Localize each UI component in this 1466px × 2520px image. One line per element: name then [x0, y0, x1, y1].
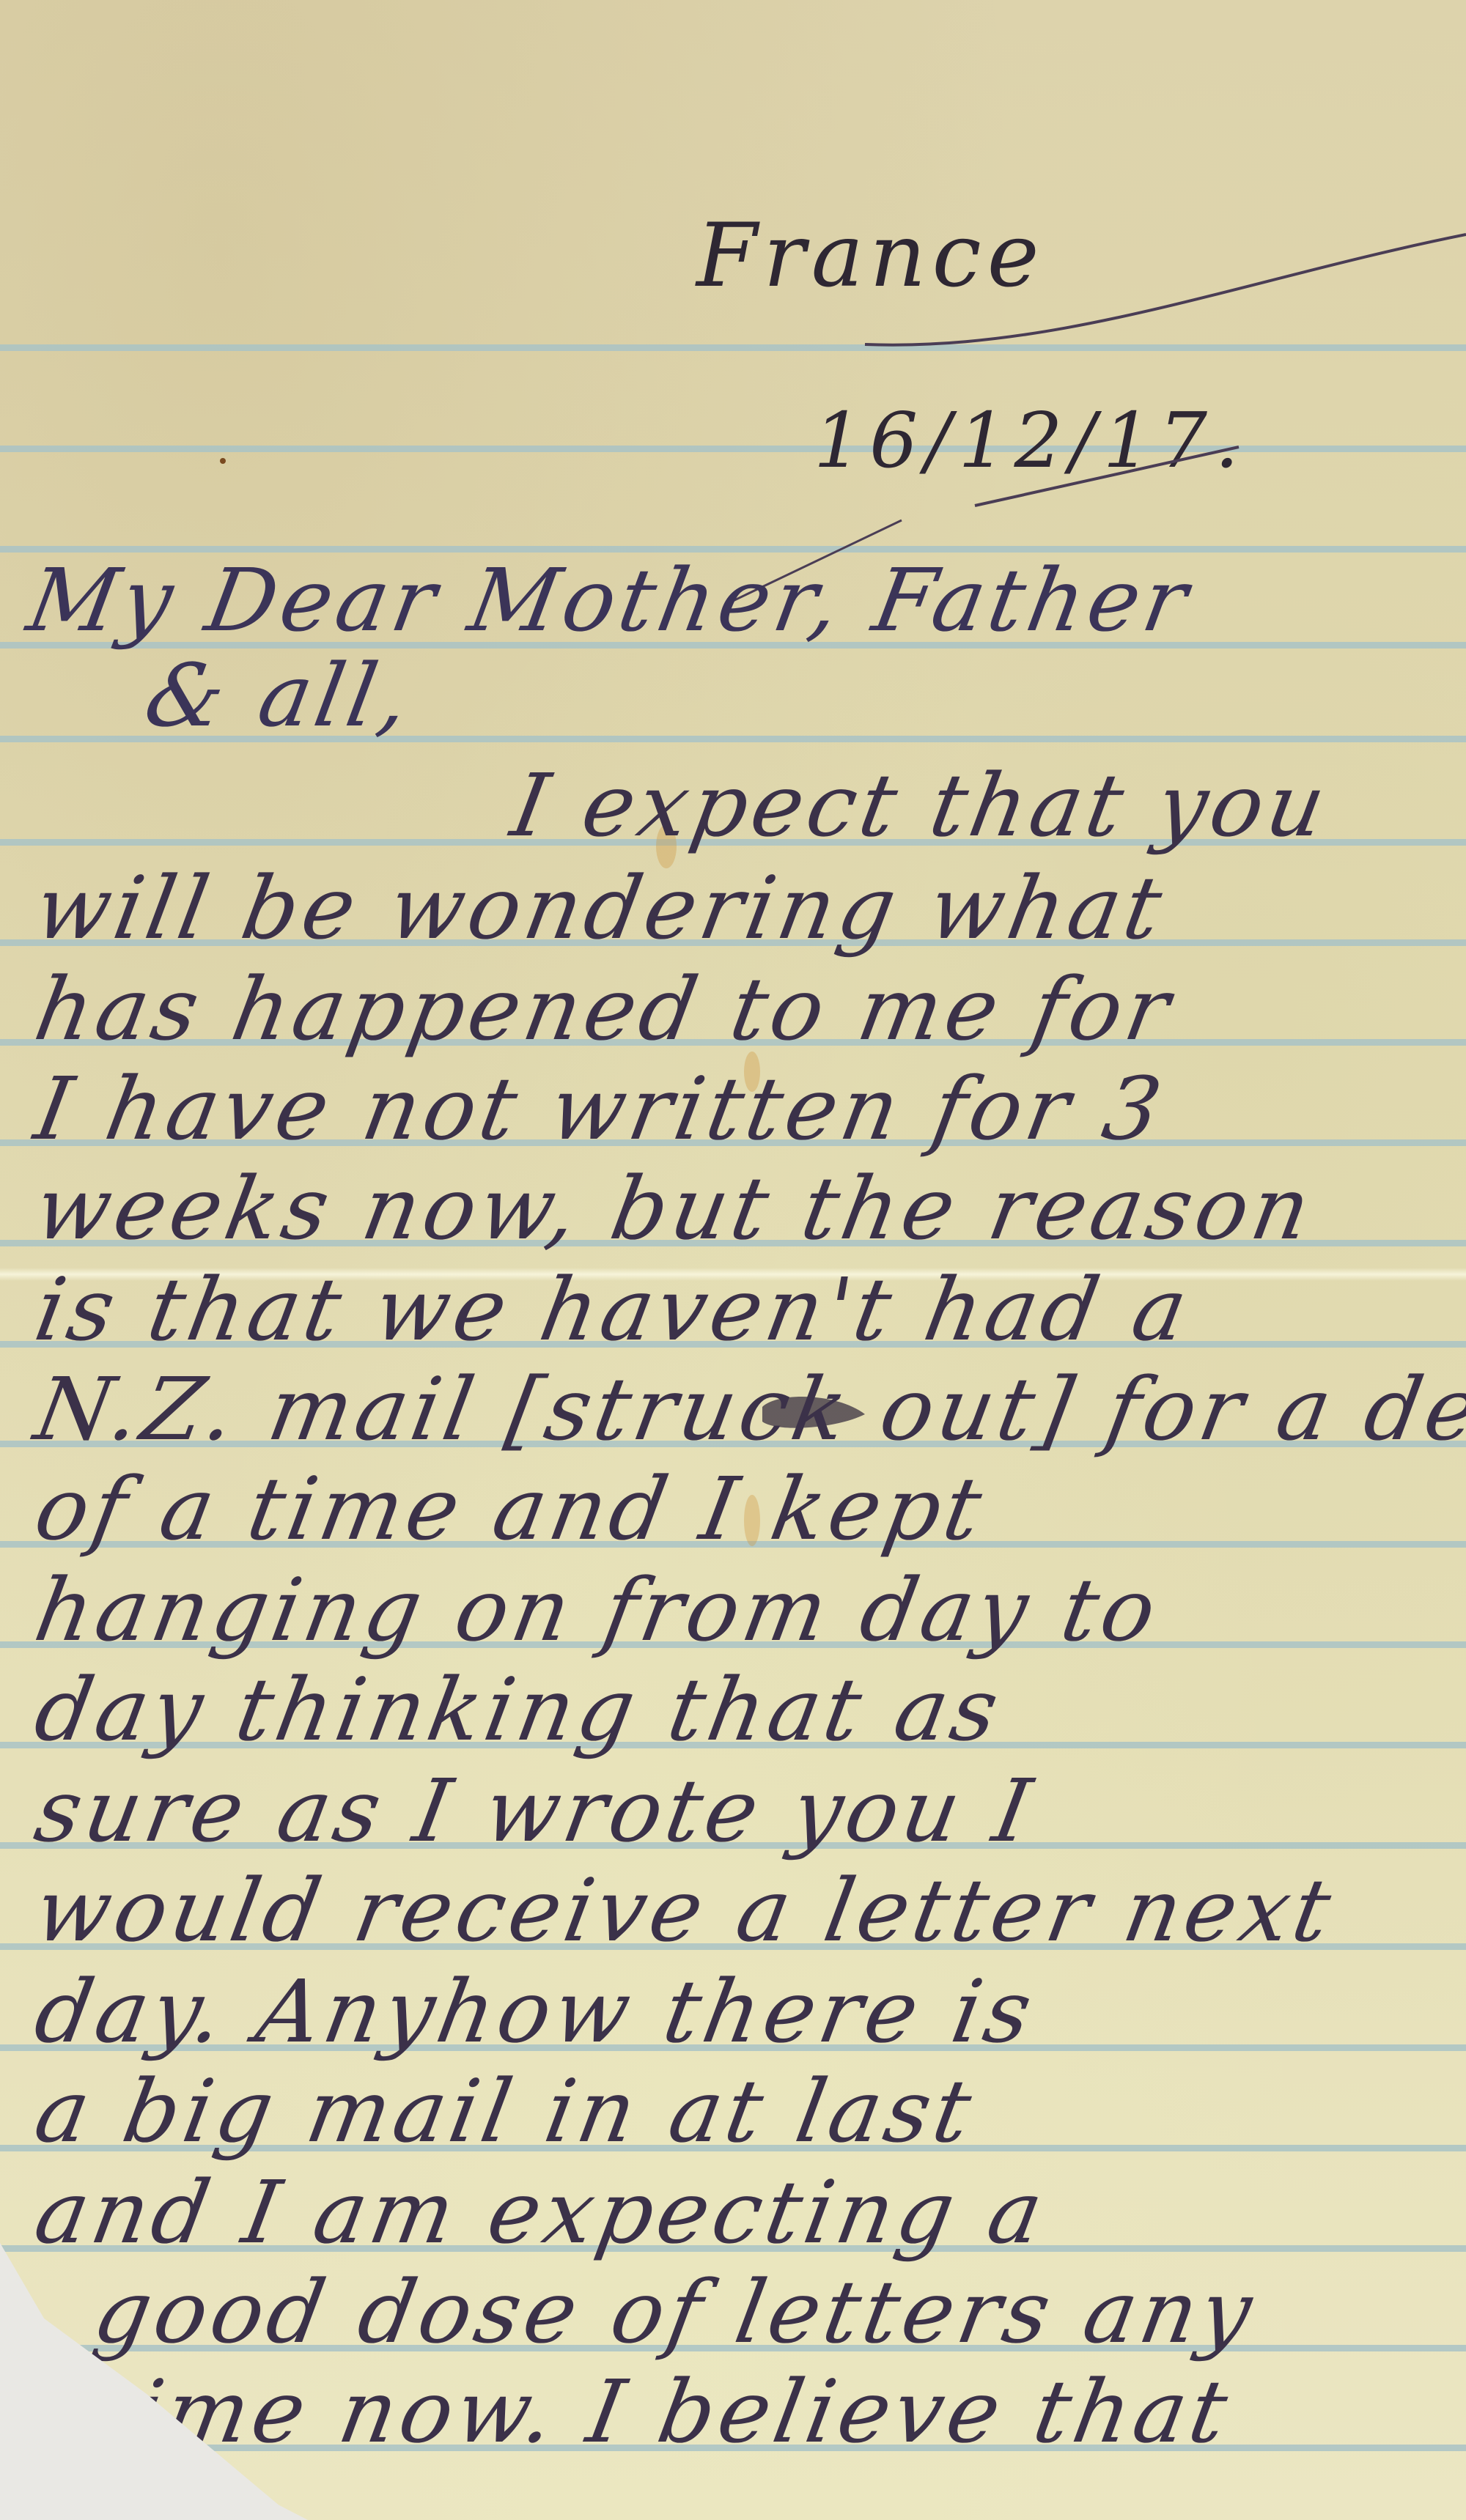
body-line: is that we haven't had a — [29, 1266, 1466, 1353]
salutation-line-1: My Dear Mother, Father — [22, 557, 1459, 643]
body-line: has happened to me for — [29, 966, 1466, 1052]
body-line: day. Anyhow there is — [29, 1968, 1466, 2055]
letter-page: France 16/12/17. My Dear Mother, Father … — [0, 0, 1466, 2520]
body-line: sure as I wrote you I — [29, 1767, 1466, 1854]
body-line: I have not written for 3 — [29, 1065, 1466, 1152]
body-line: weeks now, but the reason — [29, 1165, 1466, 1252]
letter-place: France — [696, 205, 1045, 307]
body-line: a big mail in at last — [29, 2068, 1466, 2154]
body-line: will be wondering what — [29, 865, 1466, 951]
salutation-line-2: & all, — [139, 652, 1466, 739]
body-line: good dose of letters any — [88, 2269, 1466, 2355]
body-line: hanging on from day to — [29, 1567, 1466, 1653]
ink-spot — [220, 458, 226, 464]
body-line: N.Z. mail [struck out] for a deuce — [29, 1366, 1466, 1452]
body-line: time now. I believe that — [88, 2368, 1466, 2455]
ruled-line — [0, 344, 1466, 351]
body-line: day thinking that as — [29, 1666, 1466, 1753]
letter-date: 16/12/17. — [814, 396, 1246, 485]
body-line: would receive a letter next — [29, 1867, 1466, 1954]
body-line: of a time and I kept — [29, 1466, 1466, 1552]
body-line: and I am expecting a — [29, 2169, 1466, 2255]
body-line: I expect that you — [506, 762, 1466, 849]
